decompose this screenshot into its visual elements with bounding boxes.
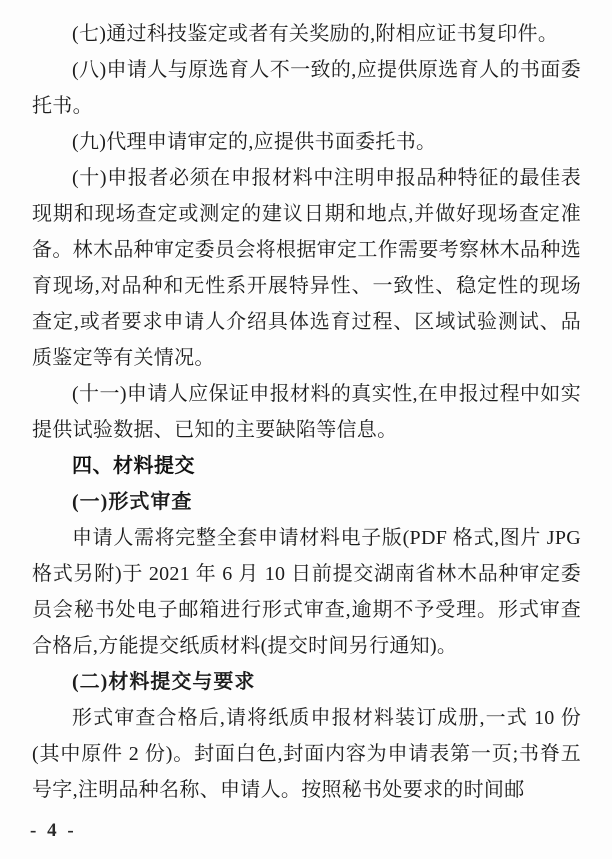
paragraph-item-9: (九)代理申请审定的,应提供书面委托书。: [32, 124, 581, 160]
section-heading-material-submission: 四、材料提交: [32, 448, 581, 484]
subsection-heading-submission-requirements: (二)材料提交与要求: [32, 664, 581, 700]
paragraph-formal-review-body: 申请人需将完整全套申请材料电子版(PDF 格式,图片 JPG 格式另附)于 20…: [32, 520, 581, 664]
paragraph-item-8: (八)申请人与原选育人不一致的,应提供原选育人的书面委托书。: [32, 52, 581, 124]
subsection-heading-formal-review: (一)形式审查: [32, 484, 581, 520]
paragraph-item-11: (十一)申请人应保证申报材料的真实性,在申报过程中如实提供试验数据、已知的主要缺…: [32, 376, 581, 448]
document-page: (七)通过科技鉴定或者有关奖励的,附相应证书复印件。 (八)申请人与原选育人不一…: [0, 0, 612, 859]
paragraph-item-10: (十)申报者必须在申报材料中注明申报品种特征的最佳表现期和现场查定或测定的建议日…: [32, 160, 581, 376]
paragraph-submission-requirements-body: 形式审查合格后,请将纸质申报材料装订成册,一式 10 份(其中原件 2 份)。封…: [32, 700, 581, 808]
paragraph-item-7: (七)通过科技鉴定或者有关奖励的,附相应证书复印件。: [32, 16, 581, 52]
page-number: - 4 -: [30, 820, 77, 842]
